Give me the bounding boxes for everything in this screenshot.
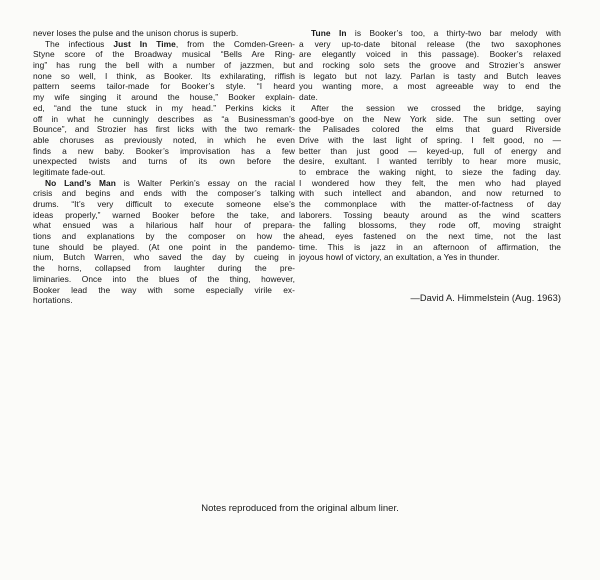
text-line: No Land’s Man is Walter Perkin’s essay o… (33, 178, 295, 189)
text-line: the horns, collapsed from laughter durin… (33, 263, 295, 274)
text-line: you wanting more, a most agreeable way t… (299, 81, 561, 92)
text-line: Tune In is Booker’s too, a thirty-two ba… (299, 28, 561, 39)
text-line: unexpected twists and turns of its own b… (33, 156, 295, 167)
text-line: off in what he cunningly describes as “a… (33, 114, 295, 125)
text-line: better than just good — keyed-up, full o… (299, 146, 561, 157)
text-line: the Palisades colored the elms that guar… (299, 124, 561, 135)
text-line: time. This is jazz in an afternoon of af… (299, 242, 561, 253)
text-line: laborers. Tossing beauty around as the w… (299, 210, 561, 221)
text-line: I wondered how they felt, the men who ha… (299, 178, 561, 189)
footer-note: Notes reproduced from the original album… (0, 503, 600, 514)
paragraph: After the session we crossed the bridge,… (299, 103, 561, 263)
paragraph: Tune In is Booker’s too, a thirty-two ba… (299, 28, 561, 103)
text-line: a very up-to-date bitonal release (the t… (299, 39, 561, 50)
text-line: ed, “and the tune stuck in my head.” Per… (33, 103, 295, 114)
text-line: able choruses as previously noted, in wh… (33, 135, 295, 146)
text-line: are elegantly voiced in this passage). B… (299, 49, 561, 60)
text-line: none so well, I think, as Booker. Its ex… (33, 71, 295, 82)
text-line: liminaries. Once into the blues of the t… (33, 274, 295, 285)
text-line: date. (299, 92, 561, 103)
left-column-lines: never loses the pulse and the unison cho… (33, 28, 295, 306)
text-line: my wife singing it around the house,” Bo… (33, 92, 295, 103)
text-line: to embrace the waking night, to sieze th… (299, 167, 561, 178)
text-line: drums. “It’s very difficult to execute s… (33, 199, 295, 210)
text-line: The infectious Just In Time, from the Co… (33, 39, 295, 50)
text-line: crisis and begins and ends with the comp… (33, 188, 295, 199)
text-line: the commonplace with the matter-of-factn… (299, 199, 561, 210)
right-text-column: Tune In is Booker’s too, a thirty-two ba… (299, 28, 561, 304)
text-line: desire, exultant. I wanted terribly to h… (299, 156, 561, 167)
text-line: good-bye on the New York side. The sun s… (299, 114, 561, 125)
text-line: ing” has rung the bell with a number of … (33, 60, 295, 71)
text-line: nium, Butch Warren, who saved the day by… (33, 252, 295, 263)
liner-notes-page: never loses the pulse and the unison cho… (0, 0, 600, 580)
text-line: ideas properly,” warned Booker before th… (33, 210, 295, 221)
text-line: finds a new baby. Booker’s improvisation… (33, 146, 295, 157)
paragraph: The infectious Just In Time, from the Co… (33, 39, 295, 178)
author-credit: —David A. Himmelstein (Aug. 1963) (299, 293, 561, 304)
text-line: Bounce”, and Strozier has first licks wi… (33, 124, 295, 135)
text-line: legitimate fade-out. (33, 167, 295, 178)
paragraph: never loses the pulse and the unison cho… (33, 28, 295, 39)
text-line: pattern seems tailor-made for Booker’s s… (33, 81, 295, 92)
text-line: what ensued was a hilarious half hour of… (33, 220, 295, 231)
text-line: After the session we crossed the bridge,… (299, 103, 561, 114)
text-line: ahead, eyes fastened on the next time, n… (299, 231, 561, 242)
paragraph: No Land’s Man is Walter Perkin’s essay o… (33, 178, 295, 306)
text-line: tune should be played. (At one point in … (33, 242, 295, 253)
text-line: is legato but not lazy. Parlan is tasty … (299, 71, 561, 82)
text-line: and rocking solo sets the groove and Str… (299, 60, 561, 71)
text-line: the falling blossoms, they rode off, mov… (299, 220, 561, 231)
text-line: never loses the pulse and the unison cho… (33, 28, 295, 39)
text-line: hortations. (33, 295, 295, 306)
text-line: joyous howl of victory, an exultation, a… (299, 252, 561, 263)
text-line: Drive with the last light of spring. I f… (299, 135, 561, 146)
right-column-lines: Tune In is Booker’s too, a thirty-two ba… (299, 28, 561, 263)
text-line: Booker lead the way with some especially… (33, 285, 295, 296)
left-text-column: never loses the pulse and the unison cho… (33, 28, 295, 306)
text-line: Styne score of the Broadway musical “Bel… (33, 49, 295, 60)
text-line: with such intellect and abandon, and now… (299, 188, 561, 199)
text-line: tions and explanations by the composer o… (33, 231, 295, 242)
